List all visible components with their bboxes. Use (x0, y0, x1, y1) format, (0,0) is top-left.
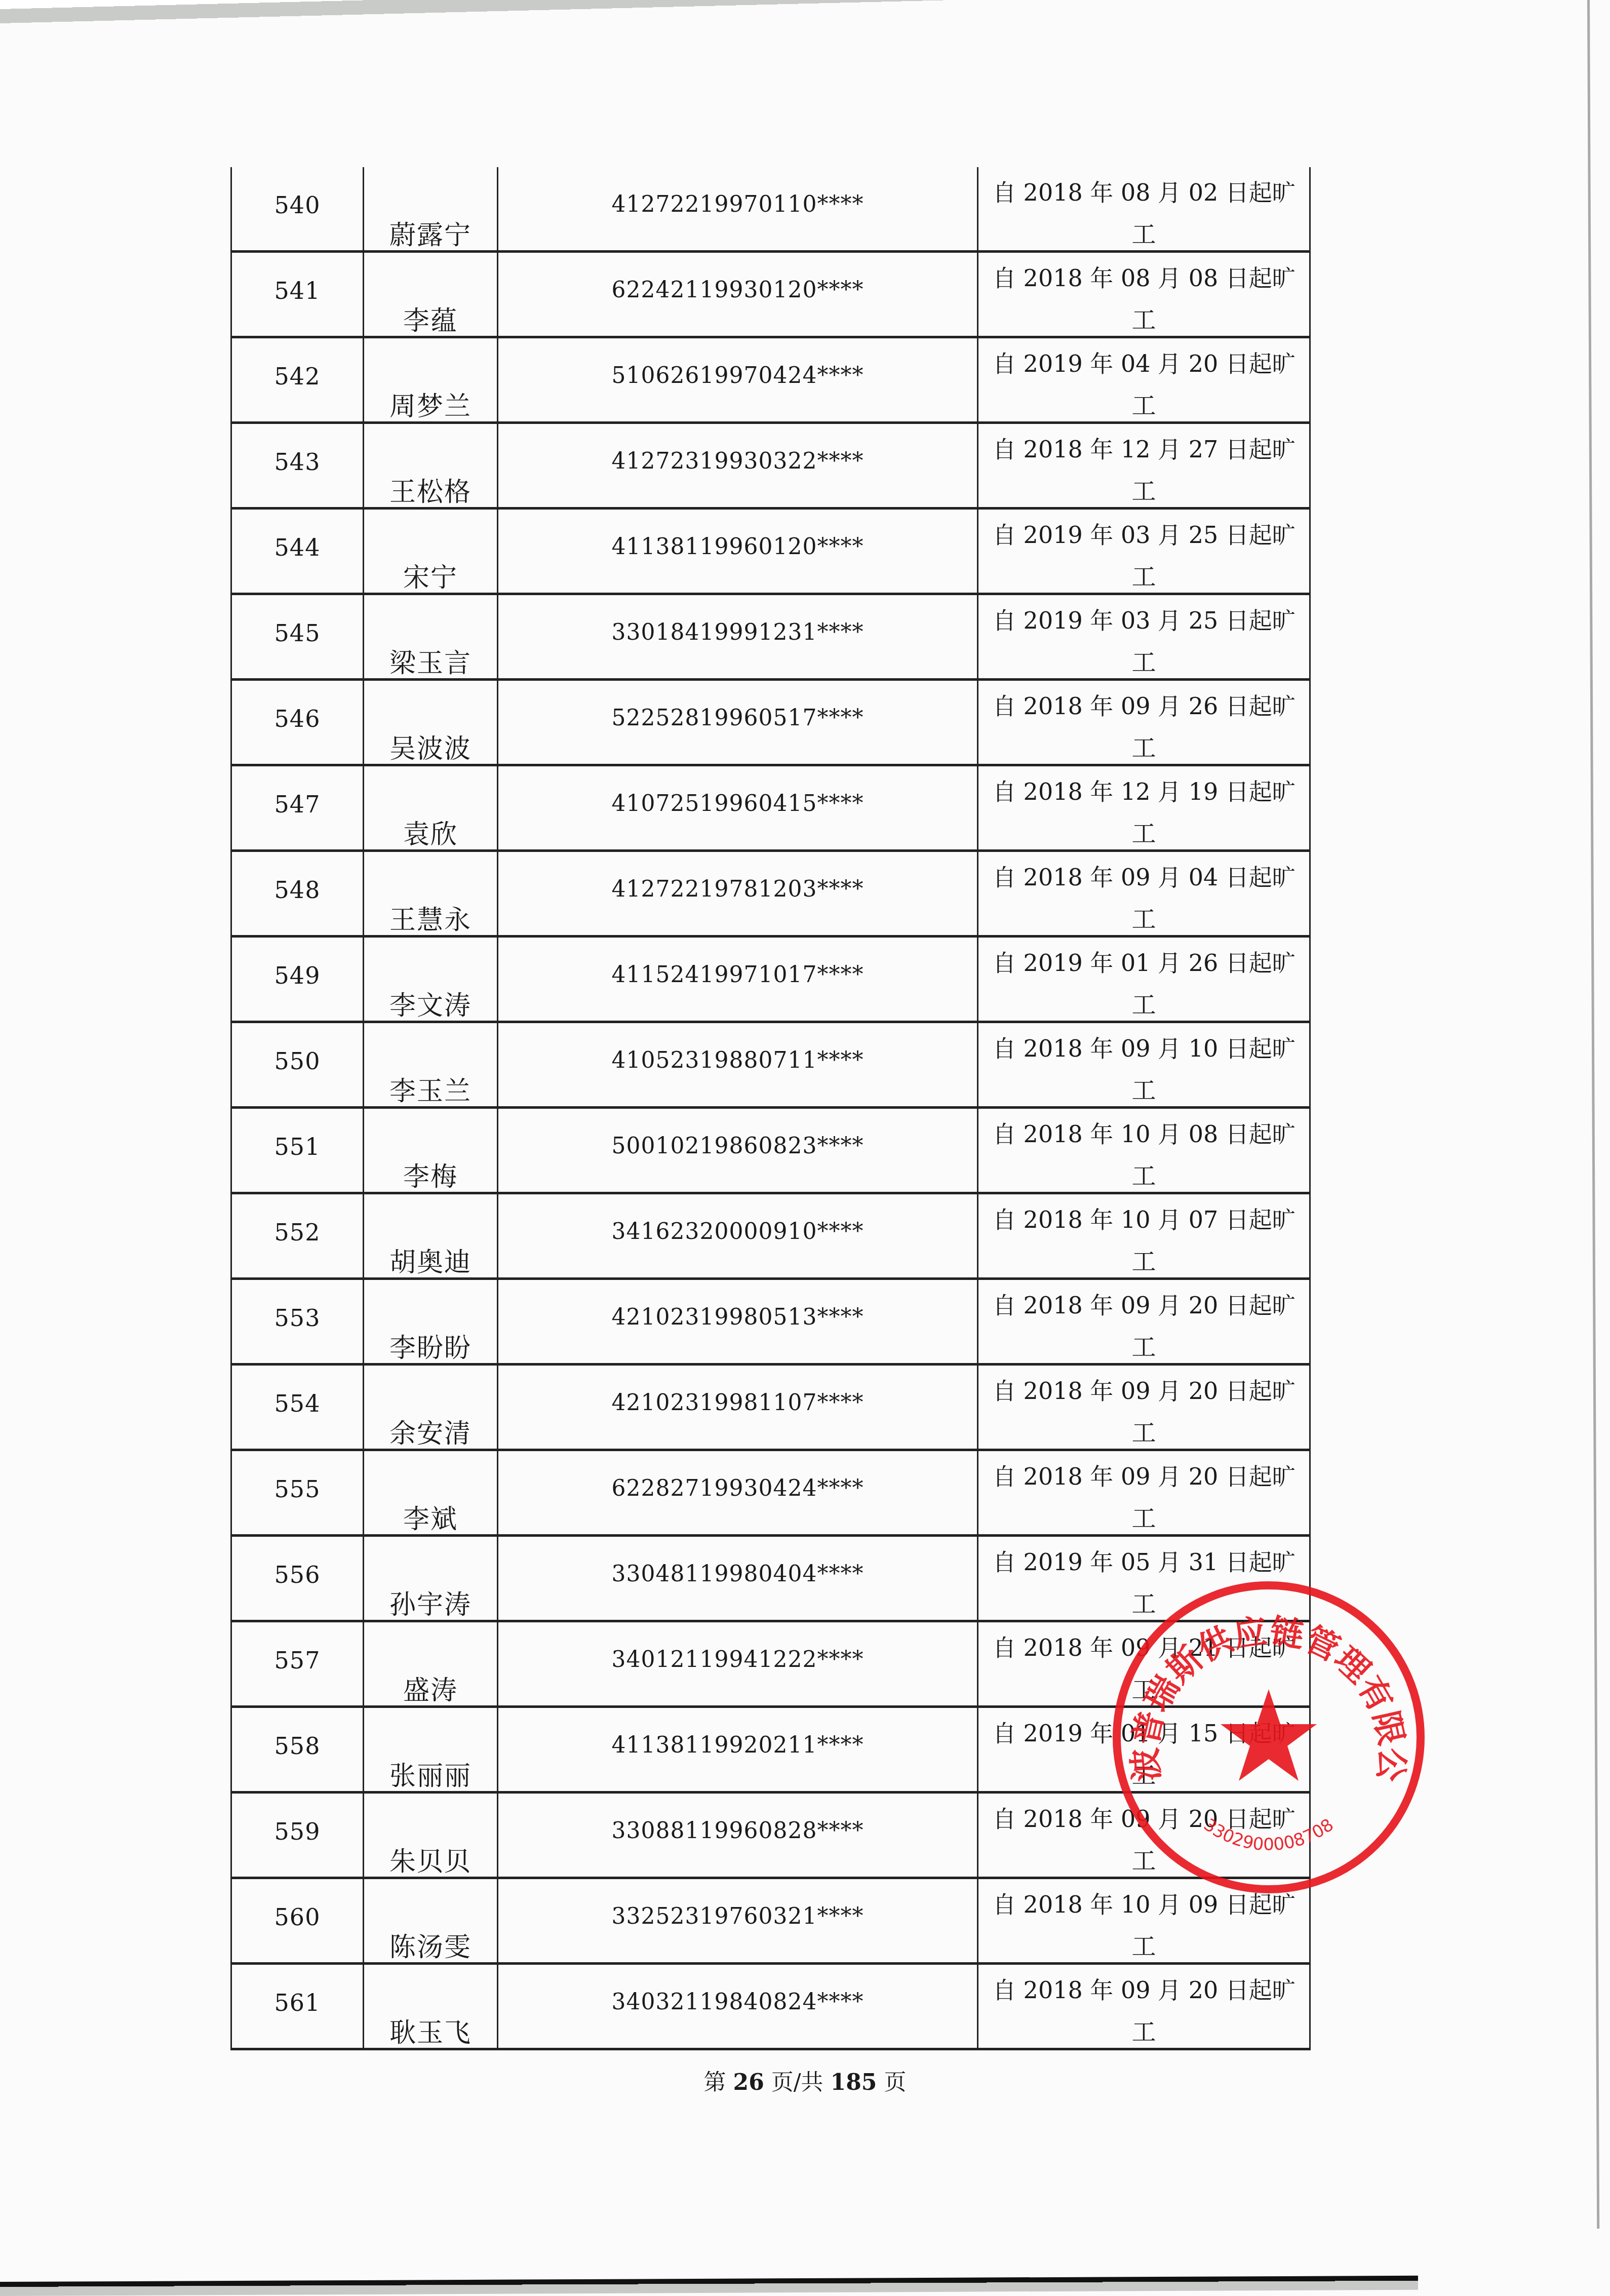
absence-date-line2: 工 (978, 386, 1309, 421)
id-number: 33048119980404**** (498, 1561, 977, 1587)
cell-id-number: 41138119960120**** (498, 509, 978, 594)
table-row: 550 李玉兰 41052319880711**** 自 2018 年 09 月… (231, 1022, 1310, 1108)
cell-serial-no: 559 (231, 1793, 364, 1878)
cell-id-number: 41138119920211**** (498, 1707, 978, 1793)
absence-date-line1: 自 2018 年 09 月 10 日起旷 (993, 1030, 1309, 1064)
id-number: 34012119941222**** (498, 1647, 977, 1672)
table-row: 561 耿玉飞 34032119840824**** 自 2018 年 09 月… (231, 1964, 1310, 2049)
cell-absence-date: 自 2018 年 09 月 20 日起旷 工 (978, 1450, 1310, 1536)
absence-date-line2: 工 (978, 1927, 1309, 1962)
table-row: 546 吴波波 52252819960517**** 自 2018 年 09 月… (231, 680, 1310, 765)
absence-date-line1: 自 2018 年 10 月 09 日起旷 (993, 1886, 1309, 1920)
id-number: 62242119930120**** (498, 277, 977, 303)
absence-date-line2: 工 (978, 728, 1309, 763)
absence-date-line2: 工 (978, 1670, 1309, 1705)
cell-id-number: 42102319980513**** (498, 1279, 978, 1365)
serial-number: 547 (232, 791, 363, 818)
cell-name: 盛涛 (364, 1621, 498, 1707)
person-name: 余安清 (364, 1412, 497, 1450)
cell-id-number: 34032119840824**** (498, 1964, 978, 2049)
cell-id-number: 41272319930322**** (498, 423, 978, 509)
serial-number: 544 (232, 534, 363, 561)
person-name: 李文涛 (364, 984, 497, 1022)
absence-date-line1: 自 2018 年 09 月 20 日起旷 (993, 1458, 1309, 1492)
cell-absence-date: 自 2018 年 10 月 07 日起旷 工 (978, 1193, 1310, 1279)
id-number: 42102319981107**** (498, 1390, 977, 1416)
cell-serial-no: 540 (231, 167, 364, 252)
absence-date-line1: 自 2019 年 01 月 15 日起旷 (993, 1715, 1309, 1748)
cell-id-number: 41072519960415**** (498, 765, 978, 851)
cell-absence-date: 自 2019 年 03 月 25 日起旷 工 (978, 509, 1310, 594)
id-number: 41152419971017**** (498, 962, 977, 988)
person-name: 陈汤雯 (364, 1926, 497, 1964)
table-row: 544 宋宁 41138119960120**** 自 2019 年 03 月 … (231, 509, 1310, 594)
person-name: 胡奥迪 (364, 1241, 497, 1279)
person-name: 李玉兰 (364, 1070, 497, 1108)
absence-date-line1: 自 2018 年 09 月 21 日起旷 (993, 1629, 1309, 1663)
cell-absence-date: 自 2018 年 12 月 27 日起旷 工 (978, 423, 1310, 509)
person-name: 李蕴 (364, 299, 497, 337)
cell-id-number: 62282719930424**** (498, 1450, 978, 1536)
absence-date-line1: 自 2018 年 12 月 19 日起旷 (993, 773, 1309, 807)
table-row: 556 孙宇涛 33048119980404**** 自 2019 年 05 月… (231, 1536, 1310, 1621)
cell-absence-date: 自 2019 年 05 月 31 日起旷 工 (978, 1536, 1310, 1621)
id-number: 41138119960120**** (498, 534, 977, 560)
serial-number: 554 (232, 1390, 363, 1417)
absence-date-line1: 自 2018 年 12 月 27 日起旷 (993, 431, 1309, 464)
absence-date-line1: 自 2018 年 10 月 08 日起旷 (993, 1116, 1309, 1149)
cell-serial-no: 556 (231, 1536, 364, 1621)
table-row: 552 胡奥迪 34162320000910**** 自 2018 年 10 月… (231, 1193, 1310, 1279)
table-row: 557 盛涛 34012119941222**** 自 2018 年 09 月 … (231, 1621, 1310, 1707)
cell-serial-no: 544 (231, 509, 364, 594)
id-number: 62282719930424**** (498, 1475, 977, 1501)
cell-absence-date: 自 2018 年 10 月 09 日起旷 工 (978, 1878, 1310, 1964)
table-row: 548 王慧永 41272219781203**** 自 2018 年 09 月… (231, 851, 1310, 937)
cell-name: 梁玉言 (364, 594, 498, 680)
cell-absence-date: 自 2019 年 04 月 20 日起旷 工 (978, 337, 1310, 423)
absence-date-line2: 工 (978, 2012, 1309, 2047)
absence-date-line1: 自 2018 年 10 月 07 日起旷 (993, 1201, 1309, 1235)
absence-date-line2: 工 (978, 1156, 1309, 1191)
footer-middle: 页/共 (771, 2070, 823, 2095)
id-number: 41052319880711**** (498, 1047, 977, 1073)
table-row: 540 蔚露宁 41272219970110**** 自 2018 年 08 月… (231, 167, 1310, 252)
cell-name: 余安清 (364, 1365, 498, 1450)
cell-name: 李文涛 (364, 937, 498, 1022)
cell-name: 李盼盼 (364, 1279, 498, 1365)
person-name: 蔚露宁 (364, 214, 497, 252)
cell-name: 胡奥迪 (364, 1193, 498, 1279)
table-row: 543 王松格 41272319930322**** 自 2018 年 12 月… (231, 423, 1310, 509)
cell-name: 李蕴 (364, 252, 498, 337)
cell-absence-date: 自 2018 年 09 月 20 日起旷 工 (978, 1793, 1310, 1878)
cell-absence-date: 自 2018 年 09 月 10 日起旷 工 (978, 1022, 1310, 1108)
cell-serial-no: 549 (231, 937, 364, 1022)
cell-name: 袁欣 (364, 765, 498, 851)
cell-id-number: 41272219781203**** (498, 851, 978, 937)
cell-name: 宋宁 (364, 509, 498, 594)
serial-number: 555 (232, 1475, 363, 1503)
cell-name: 李梅 (364, 1108, 498, 1193)
cell-absence-date: 自 2018 年 09 月 20 日起旷 工 (978, 1964, 1310, 2049)
absence-date-line2: 工 (978, 1413, 1309, 1448)
table-row: 547 袁欣 41072519960415**** 自 2018 年 12 月 … (231, 765, 1310, 851)
cell-id-number: 33048119980404**** (498, 1536, 978, 1621)
cell-serial-no: 542 (231, 337, 364, 423)
person-name: 李梅 (364, 1155, 497, 1193)
person-name: 李盼盼 (364, 1327, 497, 1365)
cell-absence-date: 自 2018 年 09 月 20 日起旷 工 (978, 1365, 1310, 1450)
absence-date-line1: 自 2018 年 09 月 20 日起旷 (993, 1972, 1309, 2005)
cell-name: 周梦兰 (364, 337, 498, 423)
table-row: 551 李梅 50010219860823**** 自 2018 年 10 月 … (231, 1108, 1310, 1193)
absence-date-line2: 工 (978, 1584, 1309, 1619)
absentee-table: 540 蔚露宁 41272219970110**** 自 2018 年 08 月… (230, 167, 1311, 2050)
serial-number: 557 (232, 1647, 363, 1674)
serial-number: 558 (232, 1732, 363, 1760)
cell-absence-date: 自 2019 年 01 月 15 日起旷 工 (978, 1707, 1310, 1793)
absence-date-line1: 自 2019 年 03 月 25 日起旷 (993, 602, 1309, 636)
id-number: 41072519960415**** (498, 791, 977, 816)
absence-date-line2: 工 (978, 1841, 1309, 1876)
cell-id-number: 33018419991231**** (498, 594, 978, 680)
id-number: 42102319980513**** (498, 1304, 977, 1330)
cell-absence-date: 自 2018 年 09 月 26 日起旷 工 (978, 680, 1310, 765)
person-name: 宋宁 (364, 556, 497, 594)
id-number: 33018419991231**** (498, 619, 977, 645)
cell-serial-no: 552 (231, 1193, 364, 1279)
absentee-table-body: 540 蔚露宁 41272219970110**** 自 2018 年 08 月… (231, 167, 1310, 2049)
cell-name: 孙宇涛 (364, 1536, 498, 1621)
table-row: 545 梁玉言 33018419991231**** 自 2019 年 03 月… (231, 594, 1310, 680)
cell-id-number: 62242119930120**** (498, 252, 978, 337)
cell-absence-date: 自 2018 年 08 月 02 日起旷 工 (978, 167, 1310, 252)
id-number: 52252819960517**** (498, 705, 977, 731)
cell-id-number: 33252319760321**** (498, 1878, 978, 1964)
cell-absence-date: 自 2018 年 09 月 04 日起旷 工 (978, 851, 1310, 937)
footer-prefix: 第 (704, 2070, 726, 2095)
absence-date-line1: 自 2018 年 09 月 20 日起旷 (993, 1373, 1309, 1406)
id-number: 34032119840824**** (498, 1989, 977, 2015)
id-number: 50010219860823**** (498, 1133, 977, 1159)
serial-number: 540 (232, 191, 363, 219)
cell-serial-no: 561 (231, 1964, 364, 2049)
absence-date-line2: 工 (978, 1499, 1309, 1534)
table-row: 549 李文涛 41152419971017**** 自 2019 年 01 月… (231, 937, 1310, 1022)
absence-date-line2: 工 (978, 900, 1309, 935)
cell-absence-date: 自 2018 年 09 月 21 日起旷 工 (978, 1621, 1310, 1707)
serial-number: 542 (232, 363, 363, 390)
table-row: 554 余安清 42102319981107**** 自 2018 年 09 月… (231, 1365, 1310, 1450)
serial-number: 559 (232, 1818, 363, 1845)
cell-name: 朱贝贝 (364, 1793, 498, 1878)
id-number: 33088119960828**** (498, 1818, 977, 1844)
person-name: 吴波波 (364, 727, 497, 765)
cell-serial-no: 548 (231, 851, 364, 937)
table-row: 555 李斌 62282719930424**** 自 2018 年 09 月 … (231, 1450, 1310, 1536)
table-row: 558 张丽丽 41138119920211**** 自 2019 年 01 月… (231, 1707, 1310, 1793)
page-footer: 第 26 页/共 185 页 (0, 2064, 1610, 2096)
scan-edge-right (1587, 0, 1599, 2229)
person-name: 耿玉飞 (364, 2011, 497, 2049)
absence-date-line1: 自 2018 年 09 月 26 日起旷 (993, 688, 1309, 721)
cell-serial-no: 546 (231, 680, 364, 765)
cell-name: 张丽丽 (364, 1707, 498, 1793)
absence-date-line1: 自 2018 年 08 月 02 日起旷 (993, 174, 1309, 208)
absence-date-line2: 工 (978, 472, 1309, 507)
table-row: 560 陈汤雯 33252319760321**** 自 2018 年 10 月… (231, 1878, 1310, 1964)
serial-number: 545 (232, 619, 363, 647)
cell-name: 蔚露宁 (364, 167, 498, 252)
cell-name: 耿玉飞 (364, 1964, 498, 2049)
absence-date-line1: 自 2019 年 01 月 26 日起旷 (993, 945, 1309, 978)
cell-absence-date: 自 2018 年 09 月 20 日起旷 工 (978, 1279, 1310, 1365)
absence-date-line1: 自 2019 年 04 月 20 日起旷 (993, 345, 1309, 379)
id-number: 33252319760321**** (498, 1903, 977, 1929)
cell-serial-no: 553 (231, 1279, 364, 1365)
cell-serial-no: 541 (231, 252, 364, 337)
cell-absence-date: 自 2019 年 03 月 25 日起旷 工 (978, 594, 1310, 680)
serial-number: 552 (232, 1219, 363, 1246)
current-page-number: 26 (733, 2070, 764, 2095)
cell-serial-no: 545 (231, 594, 364, 680)
absence-date-line2: 工 (978, 643, 1309, 678)
table-row: 559 朱贝贝 33088119960828**** 自 2018 年 09 月… (231, 1793, 1310, 1878)
footer-suffix: 页 (884, 2070, 906, 2095)
absence-date-line1: 自 2018 年 09 月 20 日起旷 (993, 1801, 1309, 1834)
absence-date-line2: 工 (978, 557, 1309, 592)
serial-number: 550 (232, 1047, 363, 1075)
cell-absence-date: 自 2018 年 08 月 08 日起旷 工 (978, 252, 1310, 337)
absence-date-line2: 工 (978, 1756, 1309, 1791)
absence-date-line2: 工 (978, 1071, 1309, 1106)
person-name: 盛涛 (364, 1669, 497, 1707)
cell-absence-date: 自 2018 年 10 月 08 日起旷 工 (978, 1108, 1310, 1193)
person-name: 袁欣 (364, 813, 497, 851)
cell-id-number: 42102319981107**** (498, 1365, 978, 1450)
absence-date-line2: 工 (978, 215, 1309, 250)
absence-date-line1: 自 2019 年 05 月 31 日起旷 (993, 1544, 1309, 1577)
cell-name: 王松格 (364, 423, 498, 509)
person-name: 李斌 (364, 1498, 497, 1536)
cell-absence-date: 自 2018 年 12 月 19 日起旷 工 (978, 765, 1310, 851)
cell-id-number: 51062619970424**** (498, 337, 978, 423)
table-row: 542 周梦兰 51062619970424**** 自 2019 年 04 月… (231, 337, 1310, 423)
serial-number: 561 (232, 1989, 363, 2016)
cell-name: 王慧永 (364, 851, 498, 937)
cell-serial-no: 557 (231, 1621, 364, 1707)
absence-date-line1: 自 2019 年 03 月 25 日起旷 (993, 517, 1309, 550)
cell-absence-date: 自 2019 年 01 月 26 日起旷 工 (978, 937, 1310, 1022)
serial-number: 556 (232, 1561, 363, 1588)
id-number: 41272319930322**** (498, 448, 977, 474)
absence-date-line2: 工 (978, 1242, 1309, 1277)
id-number: 34162320000910**** (498, 1219, 977, 1244)
absence-date-line2: 工 (978, 814, 1309, 849)
cell-serial-no: 560 (231, 1878, 364, 1964)
cell-id-number: 41052319880711**** (498, 1022, 978, 1108)
person-name: 朱贝贝 (364, 1840, 497, 1878)
cell-id-number: 50010219860823**** (498, 1108, 978, 1193)
person-name: 周梦兰 (364, 385, 497, 423)
cell-id-number: 34162320000910**** (498, 1193, 978, 1279)
cell-serial-no: 550 (231, 1022, 364, 1108)
serial-number: 543 (232, 448, 363, 476)
serial-number: 548 (232, 876, 363, 904)
person-name: 王松格 (364, 471, 497, 509)
cell-id-number: 41152419971017**** (498, 937, 978, 1022)
scan-edge-top (0, 0, 1610, 30)
cell-name: 陈汤雯 (364, 1878, 498, 1964)
serial-number: 541 (232, 277, 363, 304)
total-pages-number: 185 (831, 2070, 877, 2095)
id-number: 41138119920211**** (498, 1732, 977, 1758)
cell-serial-no: 554 (231, 1365, 364, 1450)
cell-serial-no: 555 (231, 1450, 364, 1536)
cell-id-number: 41272219970110**** (498, 167, 978, 252)
id-number: 51062619970424**** (498, 363, 977, 388)
cell-name: 李玉兰 (364, 1022, 498, 1108)
cell-serial-no: 543 (231, 423, 364, 509)
absence-date-line1: 自 2018 年 09 月 20 日起旷 (993, 1287, 1309, 1320)
absence-date-line2: 工 (978, 300, 1309, 335)
cell-name: 吴波波 (364, 680, 498, 765)
id-number: 41272219970110**** (498, 191, 977, 217)
person-name: 孙宇涛 (364, 1583, 497, 1621)
cell-serial-no: 551 (231, 1108, 364, 1193)
person-name: 王慧永 (364, 899, 497, 937)
absence-date-line2: 工 (978, 985, 1309, 1020)
absence-date-line1: 自 2018 年 08 月 08 日起旷 (993, 260, 1309, 293)
serial-number: 546 (232, 705, 363, 732)
person-name: 张丽丽 (364, 1755, 497, 1793)
serial-number: 551 (232, 1133, 363, 1160)
table-row: 553 李盼盼 42102319980513**** 自 2018 年 09 月… (231, 1279, 1310, 1365)
cell-serial-no: 558 (231, 1707, 364, 1793)
cell-id-number: 52252819960517**** (498, 680, 978, 765)
id-number: 41272219781203**** (498, 876, 977, 902)
cell-id-number: 34012119941222**** (498, 1621, 978, 1707)
absence-date-line1: 自 2018 年 09 月 04 日起旷 (993, 859, 1309, 892)
absence-date-line2: 工 (978, 1328, 1309, 1363)
table-row: 541 李蕴 62242119930120**** 自 2018 年 08 月 … (231, 252, 1310, 337)
scan-edge-bottom (0, 2276, 1418, 2296)
serial-number: 560 (232, 1903, 363, 1931)
cell-serial-no: 547 (231, 765, 364, 851)
serial-number: 553 (232, 1304, 363, 1332)
cell-name: 李斌 (364, 1450, 498, 1536)
person-name: 梁玉言 (364, 642, 497, 680)
serial-number: 549 (232, 962, 363, 989)
cell-id-number: 33088119960828**** (498, 1793, 978, 1878)
